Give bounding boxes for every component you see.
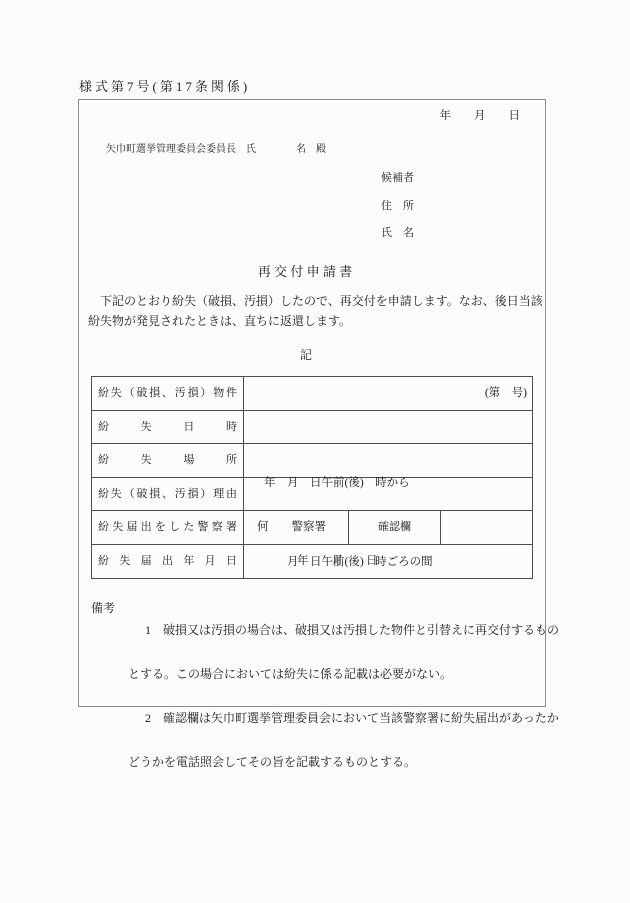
table-row-lost-place: 紛 失 場 所 xyxy=(92,444,532,478)
table-row-lost-reason: 紛失（破損、汚損）理由 xyxy=(92,478,532,512)
row-value-lost-datetime: 年 月 日午前(後) 時から 月 日午前(後) 時ごろの間 xyxy=(244,411,532,444)
sheet-number-label: 様式第7号(第17条関係) xyxy=(79,76,250,95)
row-label-lost-datetime: 紛 失 日 時 xyxy=(92,411,244,444)
remark-2-number: 2 xyxy=(145,707,151,729)
date-line: 年 月 日 xyxy=(440,107,521,123)
remark-1-line-2: とする。この場合においては紛失に係る記載は必要がない。 xyxy=(128,663,543,685)
row-label-report-date: 紛 失 届 出 年 月 日 xyxy=(92,545,244,579)
applicant-address-label: 住 所 xyxy=(381,199,414,213)
row-value-lost-reason xyxy=(244,478,532,511)
remark-2-line-1: 2確認欄は矢巾町選挙管理委員会において当該警察署に紛失届出があったか xyxy=(121,685,543,751)
remark-2-line-2: どうかを電話照会してその旨を記載するものとする。 xyxy=(128,751,543,773)
remark-2-text-1: 確認欄は矢巾町選挙管理委員会において当該警察署に紛失届出があったか xyxy=(163,711,559,725)
applicant-role-label: 候補者 xyxy=(381,171,414,185)
confirm-column-label: 確認欄 xyxy=(349,511,441,544)
applicant-name-label: 氏 名 xyxy=(381,226,414,240)
remarks-section: 備考 1破損又は汚損の場合は、破損又は汚損した物件と引替えに再交付するもの とす… xyxy=(91,597,543,773)
remark-1-number: 1 xyxy=(145,619,151,641)
row-value-report-date: 年 月 日 xyxy=(244,545,532,579)
row-label-lost-reason: 紛失（破損、汚損）理由 xyxy=(92,478,244,511)
remark-1-text-1: 破損又は汚損の場合は、破損又は汚損した物件と引替えに再交付するもの xyxy=(163,623,559,637)
form-table: 紛失（破損、汚損）物件 (第 号) 紛 失 日 時 年 月 日午前(後) 時から… xyxy=(91,376,533,579)
document-title: 再 交 付 申 請 書 xyxy=(79,261,531,280)
remark-1-line-1: 1破損又は汚損の場合は、破損又は汚損した物件と引替えに再交付するもの xyxy=(121,597,543,663)
body-line-1: 下記のとおり紛失（破損、汚損）したので、再交付を申請します。なお、後日当該 xyxy=(88,292,550,312)
row-value-lost-place xyxy=(244,444,532,477)
row-label-lost-place: 紛 失 場 所 xyxy=(92,444,244,477)
row-value-lost-item-number: (第 号) xyxy=(244,377,532,410)
body-paragraph: 下記のとおり紛失（破損、汚損）したので、再交付を申請します。なお、後日当該 紛失… xyxy=(88,292,550,331)
table-row-police-station: 紛失届出をした警察署 何 警察署 確認欄 xyxy=(92,511,532,545)
row-label-police-station: 紛失届出をした警察署 xyxy=(92,511,244,544)
form-outline-box: 年 月 日 矢巾町選挙管理委員会委員長 氏 名 殿 候補者 住 所 氏 名 再 … xyxy=(78,99,546,707)
body-line-2: 紛失物が発見されたときは、直ちに返還します。 xyxy=(88,312,550,332)
table-row-lost-datetime: 紛 失 日 時 年 月 日午前(後) 時から 月 日午前(後) 時ごろの間 xyxy=(92,411,532,445)
remarks-heading: 備考 xyxy=(91,597,115,619)
row-label-lost-item: 紛失（破損、汚損）物件 xyxy=(92,377,244,410)
confirm-column-value xyxy=(441,511,532,544)
document-page: 様式第7号(第17条関係) 年 月 日 矢巾町選挙管理委員会委員長 氏 名 殿 … xyxy=(0,0,630,903)
row-value-police-station: 何 警察署 xyxy=(244,511,349,544)
record-heading: 記 xyxy=(91,346,521,363)
addressee-line: 矢巾町選挙管理委員会委員長 氏 名 殿 xyxy=(106,140,326,155)
table-row-report-date: 紛 失 届 出 年 月 日 年 月 日 xyxy=(92,545,532,579)
table-row-lost-item: 紛失（破損、汚損）物件 (第 号) xyxy=(92,377,532,411)
